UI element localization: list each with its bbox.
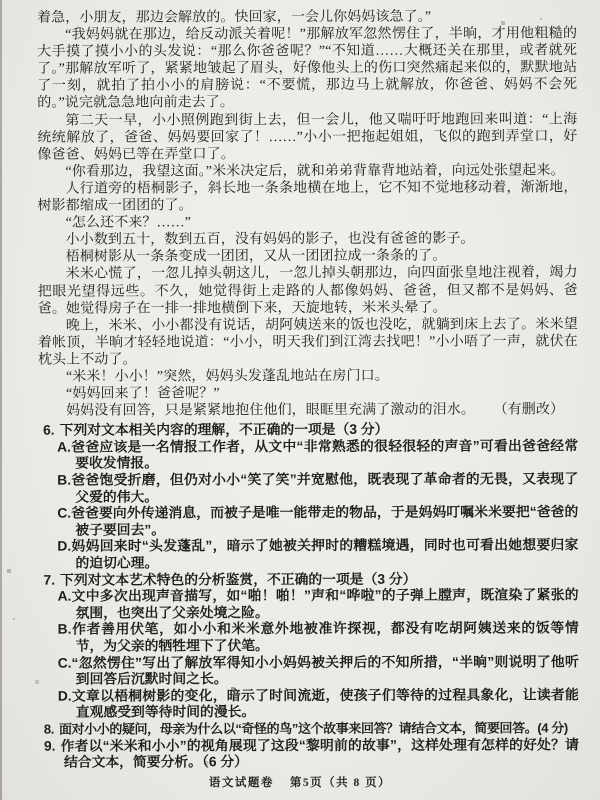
question-number: 8. (44, 722, 54, 737)
story-paragraph: “你看那边，我望这面。”米米决定后，就和弟弟背靠背地站着，向远处张望起来。 (37, 162, 577, 181)
question-stem: 9.作者以“米米和小小”的视角展现了这段“黎明前的故事”，这样处理有怎样的好处？… (44, 737, 579, 772)
option-b: B.作者善用伏笔，如小小和米米意外地被准许探视，都没有吃胡阿姨送来的饭等情节，为… (58, 621, 579, 656)
story-paragraph: 人行道旁的梧桐影子，斜长地一条条地横在地上，它不知不觉地移动着，渐渐地，树影都缩… (37, 179, 577, 215)
story-paragraph: 第二天一早，小小照例跑到街上去，但一会儿，他又喘吁吁地跑回来叫道：“上海统统解放… (37, 111, 577, 164)
option-a: A.文中多次出现声音描写，如“啪！啪！”声和“哗啦”的子弹上膛声，既渲染了紧张的… (58, 587, 579, 622)
question-stem: 7.下列对文本艺术特色的分析鉴赏，不正确的一项是（3 分） (43, 571, 578, 589)
footer-booklet-title: 语文试题卷 (209, 777, 274, 789)
story-paragraph: 小小数到五十，数到五百，没有妈妈的影子，也没有爸爸的影子。 (38, 230, 578, 249)
reading-passage: 着急，小朋友，那边会解放的。快回家，一会儿你妈妈该急了。” “我妈妈就在那边，给… (37, 8, 578, 420)
question-6: 6.下列对文本相关内容的理解，不正确的一项是（3 分） A.爸爸应该是一名情报工… (43, 422, 578, 573)
options-list: A.文中多次出现声音描写，如“啪！啪！”声和“哗啦”的子弹上膛声，既渲染了紧张的… (58, 587, 579, 721)
option-c: C.“忽然愣住”写出了解放军得知小小妈妈被关押后的不知所措，“半晌”则说明了他听… (58, 654, 579, 689)
option-c: C.爸爸要向外传递消息，而被子是唯一能带走的物品，于是妈妈叮嘱米米要把“爸爸的被… (57, 504, 578, 539)
option-text: 爸爸饱受折磨，但仍对小小“笑了笑”并宽慰他，既表现了革命者的无畏，又表现了父爱的… (71, 471, 578, 504)
source-note: （有删改） (494, 401, 565, 418)
option-text: 妈妈回来时“头发蓬乱”，暗示了她被关押时的糟糕境遇，同时也可看出她想要归家的迫切… (71, 538, 578, 571)
story-paragraph: “怎么还不来？……” (38, 213, 578, 232)
option-label: A. (58, 589, 72, 604)
story-paragraph: “米米！小小！”突然，妈妈头发蓬乱地站在房门口。 (38, 367, 578, 386)
question-8: 8.面对小小的疑问，母亲为什么以“奇怪的鸟”这个故事来回答？请结合文本，简要回答… (44, 720, 579, 738)
story-paragraph-text: 妈妈没有回答，只是紧紧地抱住他们，眼眶里充满了激动的泪水。 (66, 403, 475, 419)
option-text: 作者善用伏笔，如小小和米米意外地被准许探视，都没有吃胡阿姨送来的饭等情节，为父亲… (71, 621, 578, 654)
option-text: “忽然愣住”写出了解放军得知小小妈妈被关押后的不知所措，“半晌”则说明了他听到回… (72, 654, 579, 687)
option-b: B.爸爸饱受折磨，但仍对小小“笑了笑”并宽慰他，既表现了革命者的无畏，又表现了父… (57, 471, 578, 506)
option-label: D. (58, 688, 72, 703)
story-paragraph: 晚上，米米、小小都没有说话，胡阿姨送来的饭也没吃，就躺到床上去了。米米望着帐顶，… (38, 316, 578, 369)
question-number: 6. (43, 423, 55, 438)
story-paragraph-last: （有删改）妈妈没有回答，只是紧紧地抱住他们，眼眶里充满了激动的泪水。 (38, 401, 578, 420)
question-stem-text: 面对小小的疑问，母亲为什么以“奇怪的鸟”这个故事来回答？请结合文本，简要回答。(… (59, 720, 568, 736)
option-d: D.文章以梧桐树影的变化，暗示了时间流逝，使孩子们等待的过程具象化，让读者能直观… (58, 687, 579, 722)
question-stem-text: 作者以“米米和小小”的视角展现了这段“黎明前的故事”，这样处理有怎样的好处？请结… (60, 737, 579, 770)
story-paragraph: 米米心慌了，一忽儿掉头朝这儿，一忽儿掉头朝那边，向四面张皇地注视着，竭力把眼光望… (38, 265, 578, 318)
option-d: D.妈妈回来时“头发蓬乱”，暗示了她被关押时的糟糕境遇，同时也可看出她想要归家的… (57, 538, 578, 573)
option-text: 文章以梧桐树影的变化，暗示了时间流逝，使孩子们等待的过程具象化，让读者能直观感受… (72, 687, 579, 720)
question-9: 9.作者以“米米和小小”的视角展现了这段“黎明前的故事”，这样处理有怎样的好处？… (44, 737, 579, 772)
option-label: C. (57, 506, 71, 521)
option-a: A.爸爸应该是一名情报工作者，从文中“非常熟悉的很轻很轻的声音”可看出爸爸经常要… (57, 438, 578, 473)
story-paragraph: “妈妈回来了！爸爸呢？” (38, 384, 578, 403)
option-label: B. (57, 473, 71, 488)
footer-page-number: 第5页（共 8 页） (290, 777, 391, 789)
option-label: A. (57, 439, 71, 454)
option-text: 文中多次出现声音描写，如“啪！啪！”声和“哗啦”的子弹上膛声，既渲染了紧张的氛围… (71, 587, 578, 620)
question-stem: 8.面对小小的疑问，母亲为什么以“奇怪的鸟”这个故事来回答？请结合文本，简要回答… (44, 720, 579, 738)
question-7: 7.下列对文本艺术特色的分析鉴赏，不正确的一项是（3 分） A.文中多次出现声音… (43, 571, 578, 722)
option-label: B. (58, 622, 72, 637)
story-paragraph: “我妈妈就在那边，给反动派关着呢！”那解放军忽然愣住了，半晌，才用他粗糙的大手摸… (37, 25, 577, 112)
question-number: 7. (43, 572, 55, 587)
exam-page: 着急，小朋友，那边会解放的。快回家，一会儿你妈妈该急了。” “我妈妈就在那边，给… (0, 0, 600, 772)
option-label: C. (58, 655, 72, 670)
option-text: 爸爸应该是一名情报工作者，从文中“非常熟悉的很轻很轻的声音”可看出爸爸经常要收发… (71, 438, 578, 471)
option-text: 爸爸要向外传递消息，而被子是唯一能带走的物品，于是妈妈叮嘱米米要把“爸爸的被子要… (71, 504, 578, 537)
page-footer: 语文试题卷第5页（共 8 页） (0, 774, 600, 790)
question-stem-text: 下列对文本相关内容的理解，不正确的一项是（3 分） (60, 422, 389, 438)
question-stem-text: 下列对文本艺术特色的分析鉴赏，不正确的一项是（3 分） (60, 571, 416, 587)
story-paragraph: 着急，小朋友，那边会解放的。快回家，一会儿你妈妈该急了。” (37, 8, 577, 27)
question-stem: 6.下列对文本相关内容的理解，不正确的一项是（3 分） (43, 422, 578, 440)
story-paragraph: 梧桐树影从一条条变成一团团，又从一团团拉成一条条的了。 (38, 248, 578, 267)
questions-section: 6.下列对文本相关内容的理解，不正确的一项是（3 分） A.爸爸应该是一名情报工… (43, 422, 579, 772)
options-list: A.爸爸应该是一名情报工作者，从文中“非常熟悉的很轻很轻的声音”可看出爸爸经常要… (57, 438, 578, 572)
question-number: 9. (44, 738, 56, 753)
option-label: D. (57, 539, 71, 554)
